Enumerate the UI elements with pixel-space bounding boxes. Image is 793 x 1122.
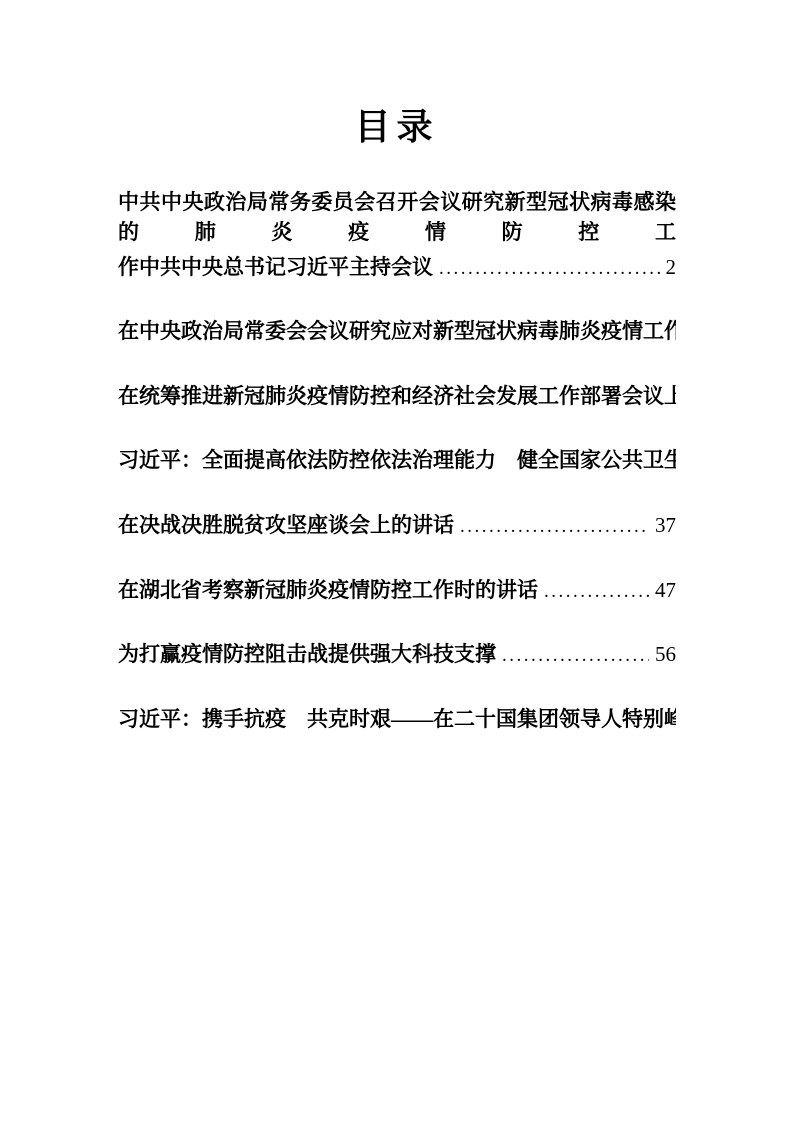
page-number: 47 bbox=[651, 578, 676, 603]
toc-entry-title: 在决战决胜脱贫攻坚座谈会上的讲话 bbox=[118, 509, 454, 539]
page-number: 37 bbox=[651, 513, 676, 538]
toc-entry-title: 在中央政治局常委会会议研究应对新型冠状病毒肺炎疫情工作时的讲话 bbox=[118, 315, 676, 345]
page-title: 目录 bbox=[0, 0, 793, 150]
page-number: 2 bbox=[662, 255, 677, 280]
toc-entry-title: 为打赢疫情防控阻击战提供强大科技支撑 bbox=[118, 638, 496, 668]
toc-entry-title: 习近平：全面提高依法防控依法治理能力 健全国家公共卫生应急管理体系 bbox=[118, 444, 676, 474]
toc-entry[interactable]: 中共中央政治局常务委员会召开会议研究新型冠状病毒感染的肺炎疫情防控工 bbox=[118, 186, 676, 251]
toc-entry[interactable]: 习近平：携手抗疫 共克时艰——在二十国集团领导人特别峰会上的发言 .......… bbox=[118, 703, 676, 768]
toc-entry[interactable]: 为打赢疫情防控阻击战提供强大科技支撑 .....................… bbox=[118, 638, 676, 703]
toc-entry[interactable]: 在湖北省考察新冠肺炎疫情防控工作时的讲话 ...................… bbox=[118, 574, 676, 639]
toc-entry-title: 中共中央政治局常务委员会召开会议研究新型冠状病毒感染的肺炎疫情防控工 bbox=[118, 186, 676, 246]
dot-leader: ........................................… bbox=[502, 645, 649, 667]
toc-entry[interactable]: 在中央政治局常委会会议研究应对新型冠状病毒肺炎疫情工作时的讲话 ........… bbox=[118, 315, 676, 380]
toc-entry[interactable]: 作中共中央总书记习近平主持会议 ........................… bbox=[118, 251, 676, 316]
dot-leader: ........................................… bbox=[460, 516, 649, 538]
toc-entry[interactable]: 习近平：全面提高依法防控依法治理能力 健全国家公共卫生应急管理体系 ......… bbox=[118, 444, 676, 509]
table-of-contents: 中共中央政治局常务委员会召开会议研究新型冠状病毒感染的肺炎疫情防控工 作中共中央… bbox=[118, 186, 676, 767]
dot-leader: ........................................… bbox=[439, 258, 660, 280]
document-page: 目录 中共中央政治局常务委员会召开会议研究新型冠状病毒感染的肺炎疫情防控工 作中… bbox=[0, 0, 793, 1122]
toc-entry[interactable]: 在决战决胜脱贫攻坚座谈会上的讲话 .......................… bbox=[118, 509, 676, 574]
page-number: 56 bbox=[651, 642, 676, 667]
dot-leader: ........................................… bbox=[544, 581, 649, 603]
toc-entry-title: 习近平：携手抗疫 共克时艰——在二十国集团领导人特别峰会上的发言 bbox=[118, 703, 676, 733]
toc-entry[interactable]: 在统筹推进新冠肺炎疫情防控和经济社会发展工作部署会议上的讲话 .........… bbox=[118, 380, 676, 445]
toc-entry-title: 在湖北省考察新冠肺炎疫情防控工作时的讲话 bbox=[118, 574, 538, 604]
toc-entry-title: 在统筹推进新冠肺炎疫情防控和经济社会发展工作部署会议上的讲话 bbox=[118, 380, 676, 410]
toc-entry-title: 作中共中央总书记习近平主持会议 bbox=[118, 251, 433, 281]
